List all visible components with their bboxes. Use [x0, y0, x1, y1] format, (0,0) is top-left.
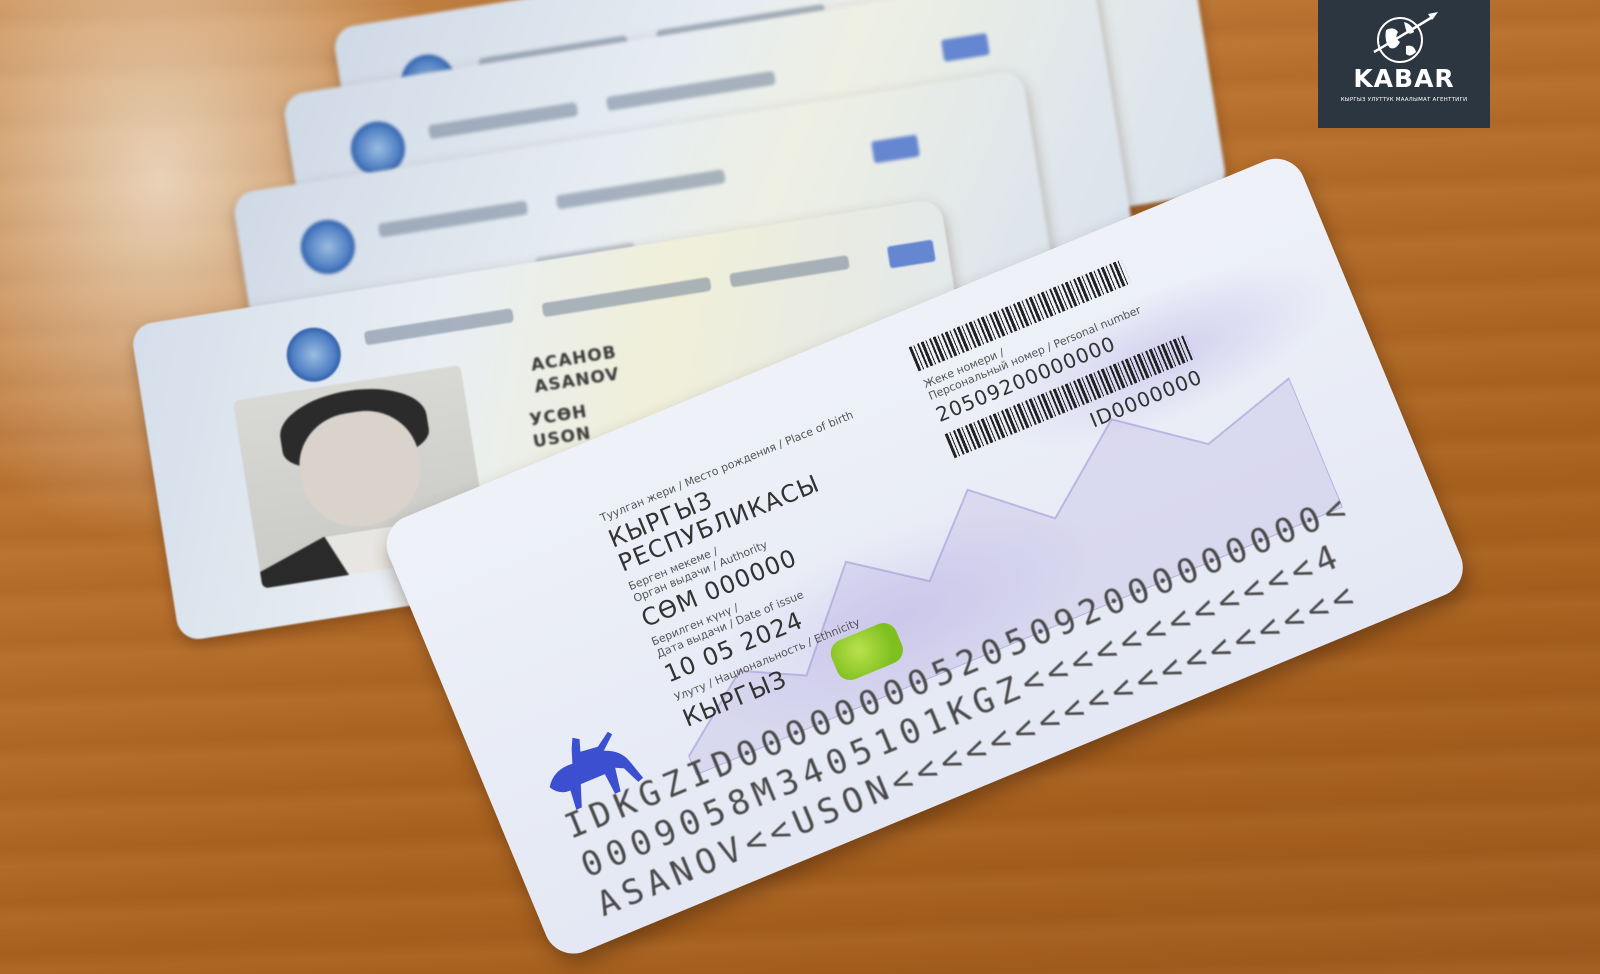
flag-icon: [871, 135, 920, 164]
state-emblem-icon: [283, 324, 345, 386]
globe-with-plane-icon: [1368, 8, 1440, 68]
card-header-text: [606, 71, 776, 111]
logo-name: KABAR: [1318, 64, 1490, 93]
photo-scene: АСАНОВ ASANOV УСӨН USON ЖАНЫБАЕВИЧ Э / M…: [0, 0, 1600, 974]
flag-icon: [887, 240, 936, 269]
card-header-text: [729, 255, 850, 288]
card-header-text: [378, 200, 528, 237]
card-header-text: [428, 102, 578, 139]
card-header-text: [364, 308, 514, 345]
card-header-text: [542, 277, 712, 317]
logo-tagline: КЫРГЫЗ УЛУТТУК МААЛЫМАТ АГЕНТТИГИ: [1318, 97, 1490, 103]
kabar-logo: KABAR КЫРГЫЗ УЛУТТУК МААЛЫМАТ АГЕНТТИГИ: [1318, 0, 1490, 128]
state-emblem-icon: [297, 216, 359, 278]
flag-icon: [941, 33, 990, 62]
card-header-text: [556, 169, 726, 209]
